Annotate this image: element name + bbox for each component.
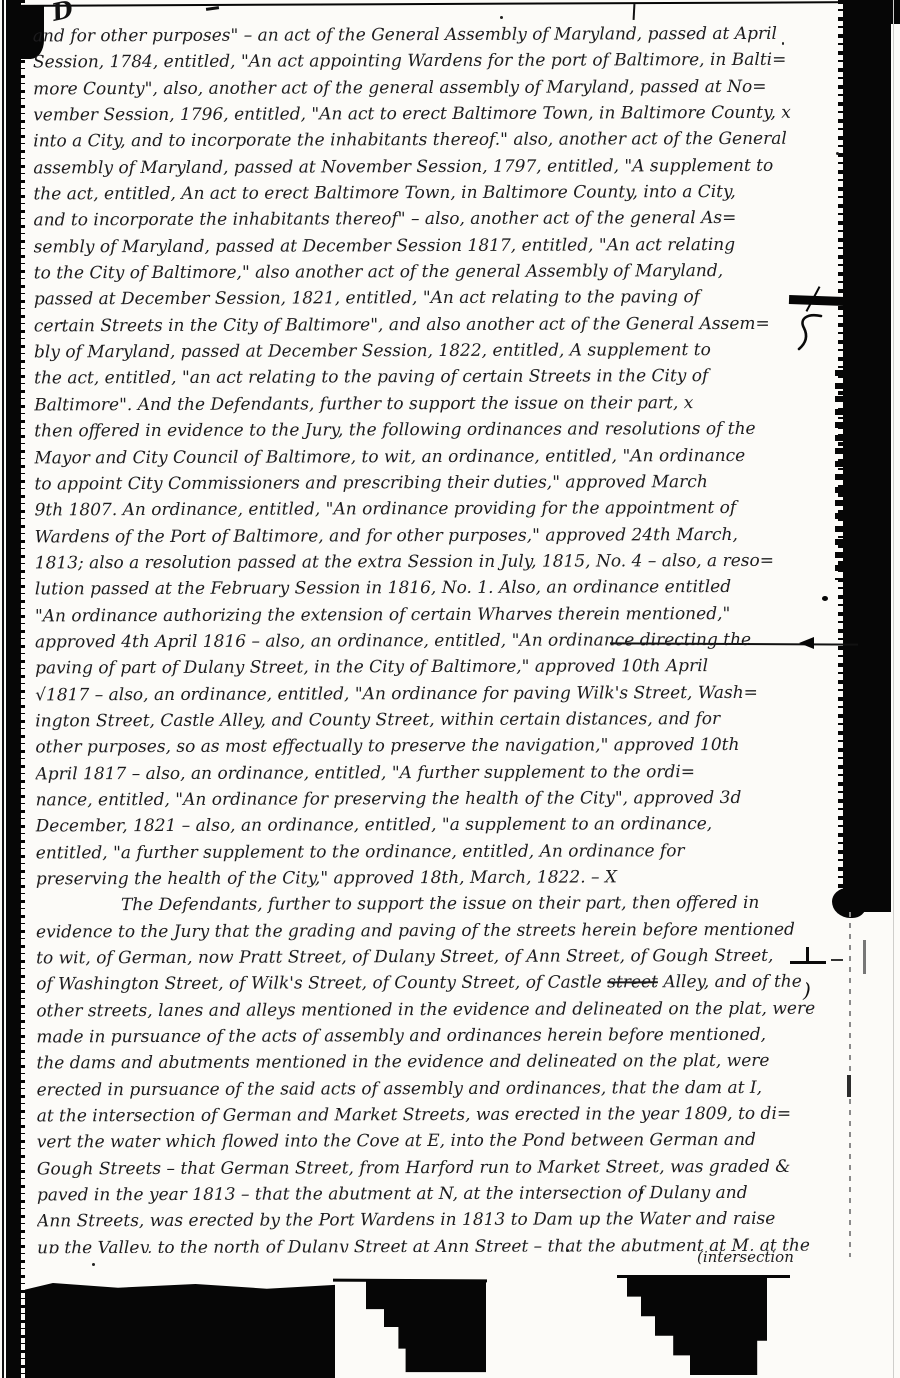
scan-artifact-tail-blip [863,940,866,974]
scan-artifact-left-hairline [2,0,4,1378]
manuscript-line: at the intersection of German and Market… [37,1101,845,1130]
scan-artifact-bottom-blob-right [627,1277,767,1375]
manuscript-line: "An ordinance authorizing the extension … [35,600,843,629]
manuscript-line: assembly of Maryland, passed at November… [33,152,841,181]
manuscript-line: paved in the year 1813 – that the abutme… [37,1180,845,1209]
manuscript-line: entitled, "a further supplement to the o… [36,837,844,866]
scan-speck [500,16,503,19]
manuscript-line: Baltimore". And the Defendants, further … [34,389,842,418]
manuscript-line: Mayor and City Council of Baltimore, to … [34,442,842,471]
manuscript-line: to the City of Baltimore," also another … [34,258,842,287]
manuscript-line: paving of part of Dulany Street, in the … [35,653,843,682]
manuscript-line: December, 1821 – also, an ordinance, ent… [36,811,844,840]
manuscript-line: the act, entitled, An act to erect Balti… [33,179,841,208]
manuscript-line: erected in pursuance of the said acts of… [37,1074,845,1103]
manuscript-line: approved 4th April 1816 – also, an ordin… [35,626,843,655]
manuscript-line: 9th 1807. An ordinance, entitled, "An or… [35,495,843,524]
top-dash-mark [206,6,219,11]
manuscript-line: other purposes, so as most effectually t… [35,732,843,761]
manuscript-line: and for other purposes" – an act of the … [33,21,841,50]
scan-artifact-bottom-blob-middle [366,1280,486,1374]
manuscript-line: vert the water which flowed into the Cov… [37,1127,845,1156]
manuscript-line: certain Streets in the City of Baltimore… [34,310,842,339]
manuscript-line: preserving the health of the City," appr… [36,864,844,893]
manuscript-line: other streets, lanes and alleys mentione… [36,995,844,1024]
manuscript-line: to wit, of German, now Pratt Street, of … [36,943,844,972]
top-tick-mark [633,4,636,20]
manuscript-line: the dams and abutments mentioned in the … [36,1048,844,1077]
manuscript-line: sembly of Maryland, passed at December S… [34,231,842,260]
manuscript-line: Wardens of the Port of Baltimore, and fo… [35,521,843,550]
scan-artifact-tail-blip [847,1075,851,1097]
manuscript-line: April 1817 – also, an ordinance, entitle… [35,758,843,787]
scan-artifact-left-band [6,0,21,1378]
manuscript-line: ington Street, Castle Alley, and County … [35,706,843,735]
manuscript-line: Ann Streets, was erected by the Port War… [37,1206,845,1235]
manuscript-line: nance, entitled, "An ordinance for prese… [36,785,844,814]
manuscript-line: of Washington Street, of Wilk's Street, … [36,969,844,998]
scan-artifact-right-margin-line [893,0,894,1378]
catchword: (intersection [697,1248,794,1266]
scanned-page: D ) and for other purposes" – an act of … [0,0,900,1378]
scan-artifact-bottom-line-left [333,1279,487,1283]
scan-artifact-bottom-blob-left [25,1283,335,1378]
manuscript-line: √1817 – also, an ordinance, entitled, "A… [35,679,843,708]
scan-artifact-right-band [843,0,891,912]
manuscript-line: then offered in evidence to the Jury, th… [34,416,842,445]
manuscript-line: Session, 1784, entitled, "An act appoint… [33,47,841,76]
manuscript-line: the act, entitled, "an act relating to t… [34,363,842,392]
manuscript-line: to appoint City Commissioners and prescr… [34,468,842,497]
manuscript-line: 1813; also a resolution passed at the ex… [35,547,843,576]
manuscript-line: more County", also, another act of the g… [33,73,841,102]
manuscript-line: and to incorporate the inhabitants there… [33,205,841,234]
manuscript-line: into a City, and to incorporate the inha… [33,126,841,155]
scan-artifact-top-line [18,1,850,7]
manuscript-line: bly of Maryland, passed at December Sess… [34,337,842,366]
manuscript-line: The Defendants, further to support the i… [36,890,844,919]
scan-speck [92,1263,95,1266]
scan-artifact-bottom-line-right [617,1275,790,1278]
manuscript-text-block: and for other purposes" – an act of the … [33,21,845,1254]
manuscript-line: evidence to the Jury that the grading an… [36,916,844,945]
manuscript-line: Gough Streets – that German Street, from… [37,1153,845,1182]
manuscript-line: passed at December Session, 1821, entitl… [34,284,842,313]
manuscript-line: made in pursuance of the acts of assembl… [36,1022,844,1051]
manuscript-line: lution passed at the February Session in… [35,574,843,603]
manuscript-line: vember Session, 1796, entitled, "An act … [33,100,841,129]
